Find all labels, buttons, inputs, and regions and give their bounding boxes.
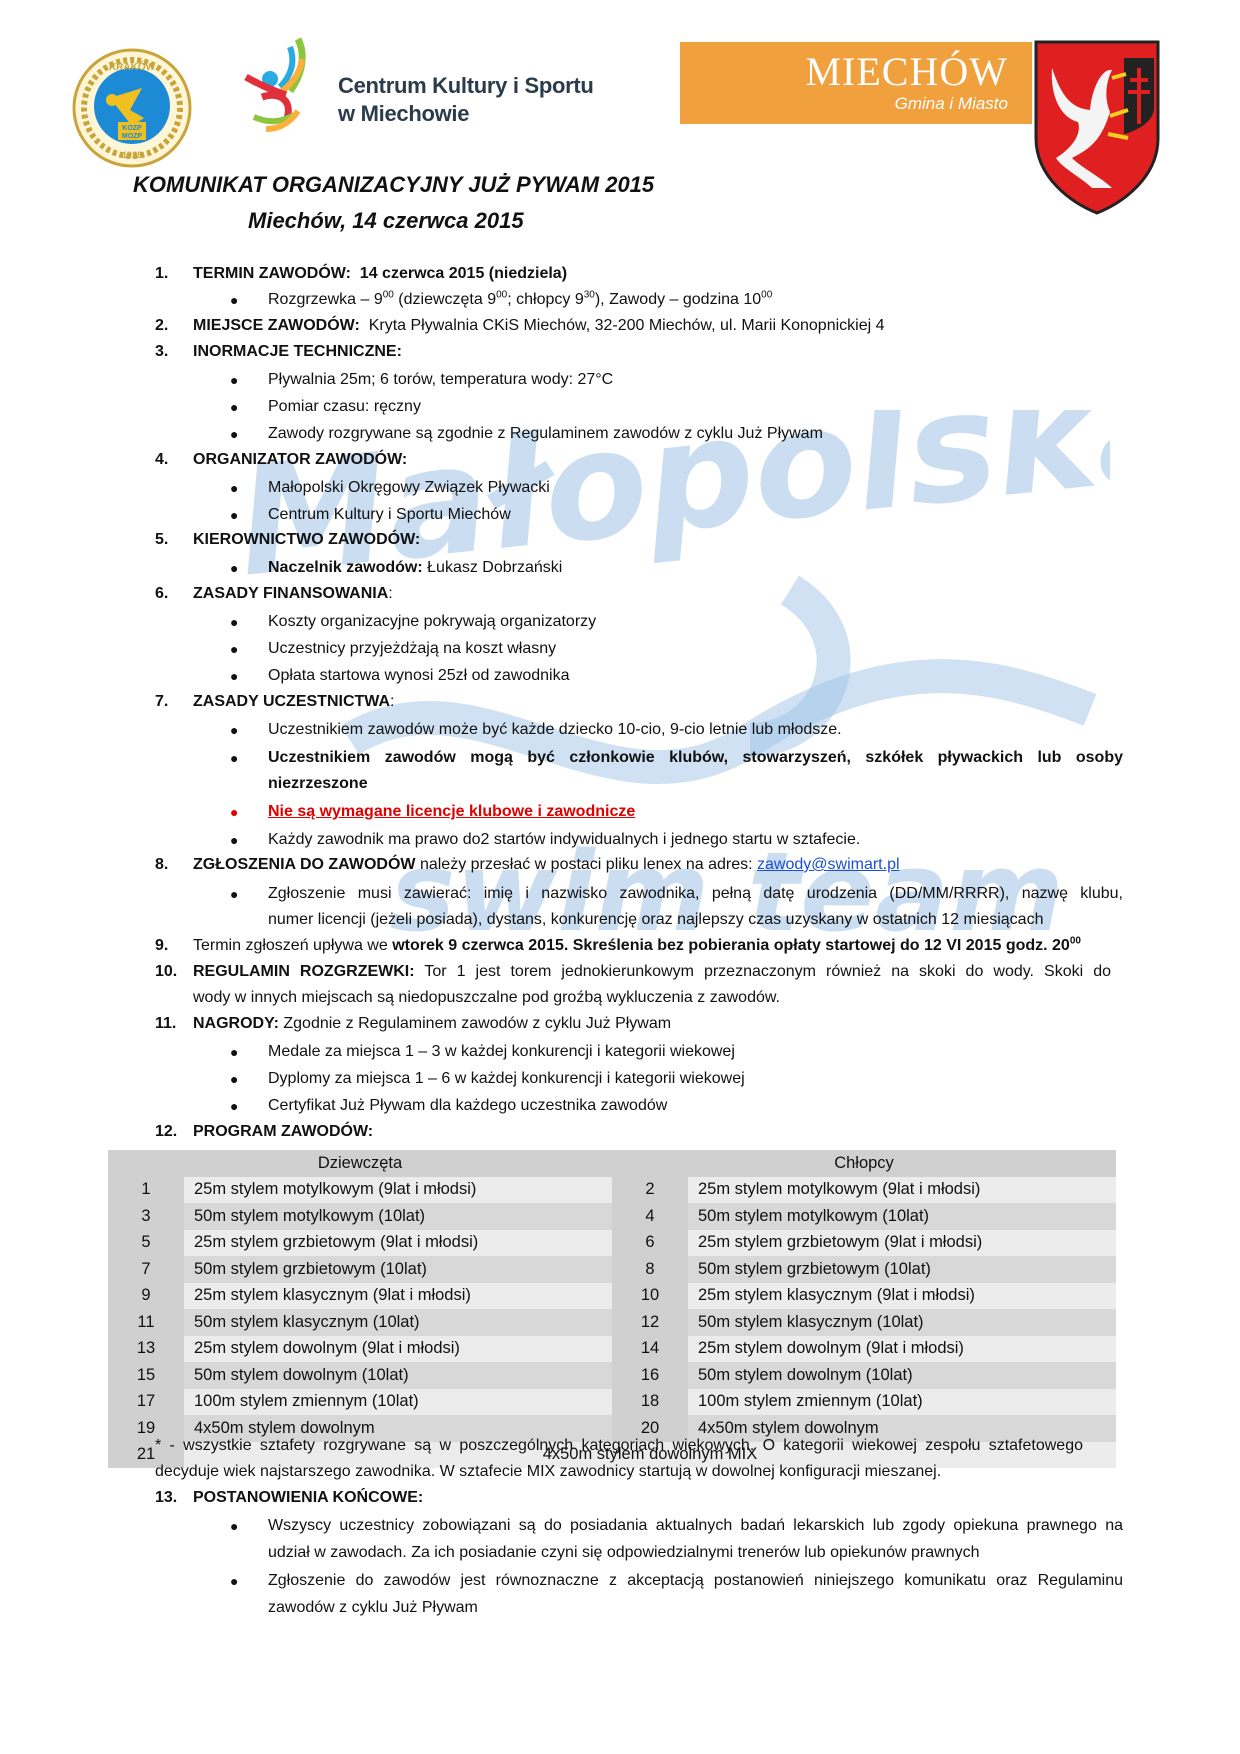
event-number: 2 <box>612 1177 688 1204</box>
table-row: 1550m stylem dowolnym (10lat)1650m style… <box>108 1362 1116 1389</box>
girls-header: Dziewczęta <box>108 1150 612 1177</box>
bullet-icon: ● <box>230 478 238 498</box>
bullet-icon: ● <box>230 748 238 768</box>
event-name: 50m stylem grzbietowym (10lat) <box>184 1256 612 1283</box>
bullet-icon: ● <box>230 639 238 659</box>
svg-text:KRAKÓW: KRAKÓW <box>109 60 156 73</box>
svg-text:1928: 1928 <box>122 150 142 160</box>
section-7-label: ZASADY UCZESTNICTWA <box>193 693 390 710</box>
table-row: 350m stylem motylkowym (10lat)450m style… <box>108 1203 1116 1230</box>
document-subtitle: Miechów, 14 czerwca 2015 <box>248 208 1240 234</box>
event-name: 50m stylem dowolnym (10lat) <box>184 1362 612 1389</box>
section-3-label: INORMACJE TECHNICZNE: <box>193 342 402 362</box>
section-2-value: Kryta Pływalnia CKiS Miechów, 32-200 Mie… <box>369 317 885 334</box>
miechow-subtitle: Gmina i Miasto <box>895 94 1008 114</box>
bullet-icon: ● <box>230 1571 238 1591</box>
section-11-label: NAGRODY: <box>193 1015 279 1032</box>
event-name: 25m stylem klasycznym (9lat i młodsi) <box>688 1283 1116 1310</box>
event-name: 100m stylem zmiennym (10lat) <box>688 1389 1116 1416</box>
ckis-line-2: w Miechowie <box>338 100 594 128</box>
event-number: 3 <box>108 1203 184 1230</box>
table-row: 750m stylem grzbietowym (10lat)850m styl… <box>108 1256 1116 1283</box>
event-name: 25m stylem klasycznym (9lat i młodsi) <box>184 1283 612 1310</box>
table-row: 925m stylem klasycznym (9lat i młodsi)10… <box>108 1283 1116 1310</box>
table-row: 125m stylem motylkowym (9lat i młodsi)22… <box>108 1177 1116 1204</box>
bullet-icon: ● <box>230 290 238 310</box>
event-number: 7 <box>108 1256 184 1283</box>
event-name: 50m stylem klasycznym (10lat) <box>184 1309 612 1336</box>
event-number: 8 <box>612 1256 688 1283</box>
event-number: 14 <box>612 1336 688 1363</box>
event-name: 50m stylem motylkowym (10lat) <box>688 1203 1116 1230</box>
event-number: 4 <box>612 1203 688 1230</box>
table-row: 1325m stylem dowolnym (9lat i młodsi)142… <box>108 1336 1116 1363</box>
bullet-icon: ● <box>230 370 238 390</box>
event-number: 6 <box>612 1230 688 1257</box>
bullet-icon: ● <box>230 1516 238 1536</box>
event-number: 10 <box>612 1283 688 1310</box>
section-1-value: 14 czerwca 2015 (niedziela) <box>360 265 567 282</box>
bullet-icon: ● <box>230 397 238 417</box>
event-name: 25m stylem dowolnym (9lat i młodsi) <box>688 1336 1116 1363</box>
ckis-line-1: Centrum Kultury i Sportu <box>338 72 594 100</box>
bullet-icon: ● <box>230 612 238 632</box>
section-10-label: REGULAMIN ROZGRZEWKI: <box>193 963 415 980</box>
event-name: 25m stylem grzbietowym (9lat i młodsi) <box>184 1230 612 1257</box>
table-row: 1150m stylem klasycznym (10lat)1250m sty… <box>108 1309 1116 1336</box>
section-5-label: KIEROWNICTWO ZAWODÓW: <box>193 530 420 550</box>
event-name: 50m stylem dowolnym (10lat) <box>688 1362 1116 1389</box>
miechow-title: MIECHÓW <box>805 48 1008 95</box>
section-8-label: ZGŁOSZENIA DO ZAWODÓW <box>193 856 416 873</box>
table-row: 525m stylem grzbietowym (9lat i młodsi)6… <box>108 1230 1116 1257</box>
event-name: 25m stylem dowolnym (9lat i młodsi) <box>184 1336 612 1363</box>
event-number: 18 <box>612 1389 688 1416</box>
bullet-icon: ● <box>230 1069 238 1089</box>
ckis-logo-mark <box>240 35 320 135</box>
event-number: 9 <box>108 1283 184 1310</box>
event-name: 25m stylem motylkowym (9lat i młodsi) <box>184 1177 612 1204</box>
section-2-label: MIEJSCE ZAWODÓW: <box>193 317 360 334</box>
event-name: 100m stylem zmiennym (10lat) <box>184 1389 612 1416</box>
ckis-logo-text: Centrum Kultury i Sportu w Miechowie <box>338 72 594 128</box>
bullet-icon: ● <box>230 424 238 444</box>
bullet-icon: ● <box>230 1042 238 1062</box>
bullet-icon: ● <box>230 830 238 850</box>
event-number: 16 <box>612 1362 688 1389</box>
event-name: 25m stylem motylkowym (9lat i młodsi) <box>688 1177 1116 1204</box>
event-number: 17 <box>108 1389 184 1416</box>
bullet-icon: ● <box>230 505 238 525</box>
event-name: 50m stylem motylkowym (10lat) <box>184 1203 612 1230</box>
section-6-label: ZASADY FINANSOWANIA <box>193 585 388 602</box>
event-number: 13 <box>108 1336 184 1363</box>
boys-header: Chłopcy <box>612 1150 1116 1177</box>
program-table-header: Dziewczęta Chłopcy <box>108 1150 1116 1177</box>
event-name: 50m stylem grzbietowym (10lat) <box>688 1256 1116 1283</box>
event-name: 25m stylem grzbietowym (9lat i młodsi) <box>688 1230 1116 1257</box>
miechow-logo-banner: MIECHÓW Gmina i Miasto <box>680 42 1032 124</box>
svg-text:KOZP: KOZP <box>122 125 142 132</box>
table-row: 17100m stylem zmiennym (10lat)18100m sty… <box>108 1389 1116 1416</box>
event-number: 5 <box>108 1230 184 1257</box>
event-number: 12 <box>612 1309 688 1336</box>
event-number: 15 <box>108 1362 184 1389</box>
section-1-label: TERMIN ZAWODÓW: <box>193 265 351 282</box>
kozp-logo: KRAKÓW KOZP MOZP 1928 <box>72 48 192 168</box>
section-13-label: POSTANOWIENIA KOŃCOWE: <box>193 1488 423 1508</box>
event-name: 50m stylem klasycznym (10lat) <box>688 1309 1116 1336</box>
email-link[interactable]: zawody@swimart.pl <box>757 856 900 873</box>
bullet-icon: ● <box>230 720 238 740</box>
bullet-icon: ● <box>230 802 238 822</box>
bullet-icon: ● <box>230 666 238 686</box>
event-number: 1 <box>108 1177 184 1204</box>
document-title: KOMUNIKAT ORGANIZACYJNY JUŻ PYWAM 2015 <box>133 172 1240 198</box>
section-4-label: ORGANIZATOR ZAWODÓW: <box>193 450 407 470</box>
program-table: Dziewczęta Chłopcy 125m stylem motylkowy… <box>108 1150 1116 1468</box>
bullet-icon: ● <box>230 1096 238 1116</box>
bullet-icon: ● <box>230 558 238 578</box>
bullet-icon: ● <box>230 884 238 904</box>
section-12-label: PROGRAM ZAWODÓW: <box>193 1122 373 1142</box>
svg-text:MOZP: MOZP <box>122 133 143 140</box>
event-number: 11 <box>108 1309 184 1336</box>
